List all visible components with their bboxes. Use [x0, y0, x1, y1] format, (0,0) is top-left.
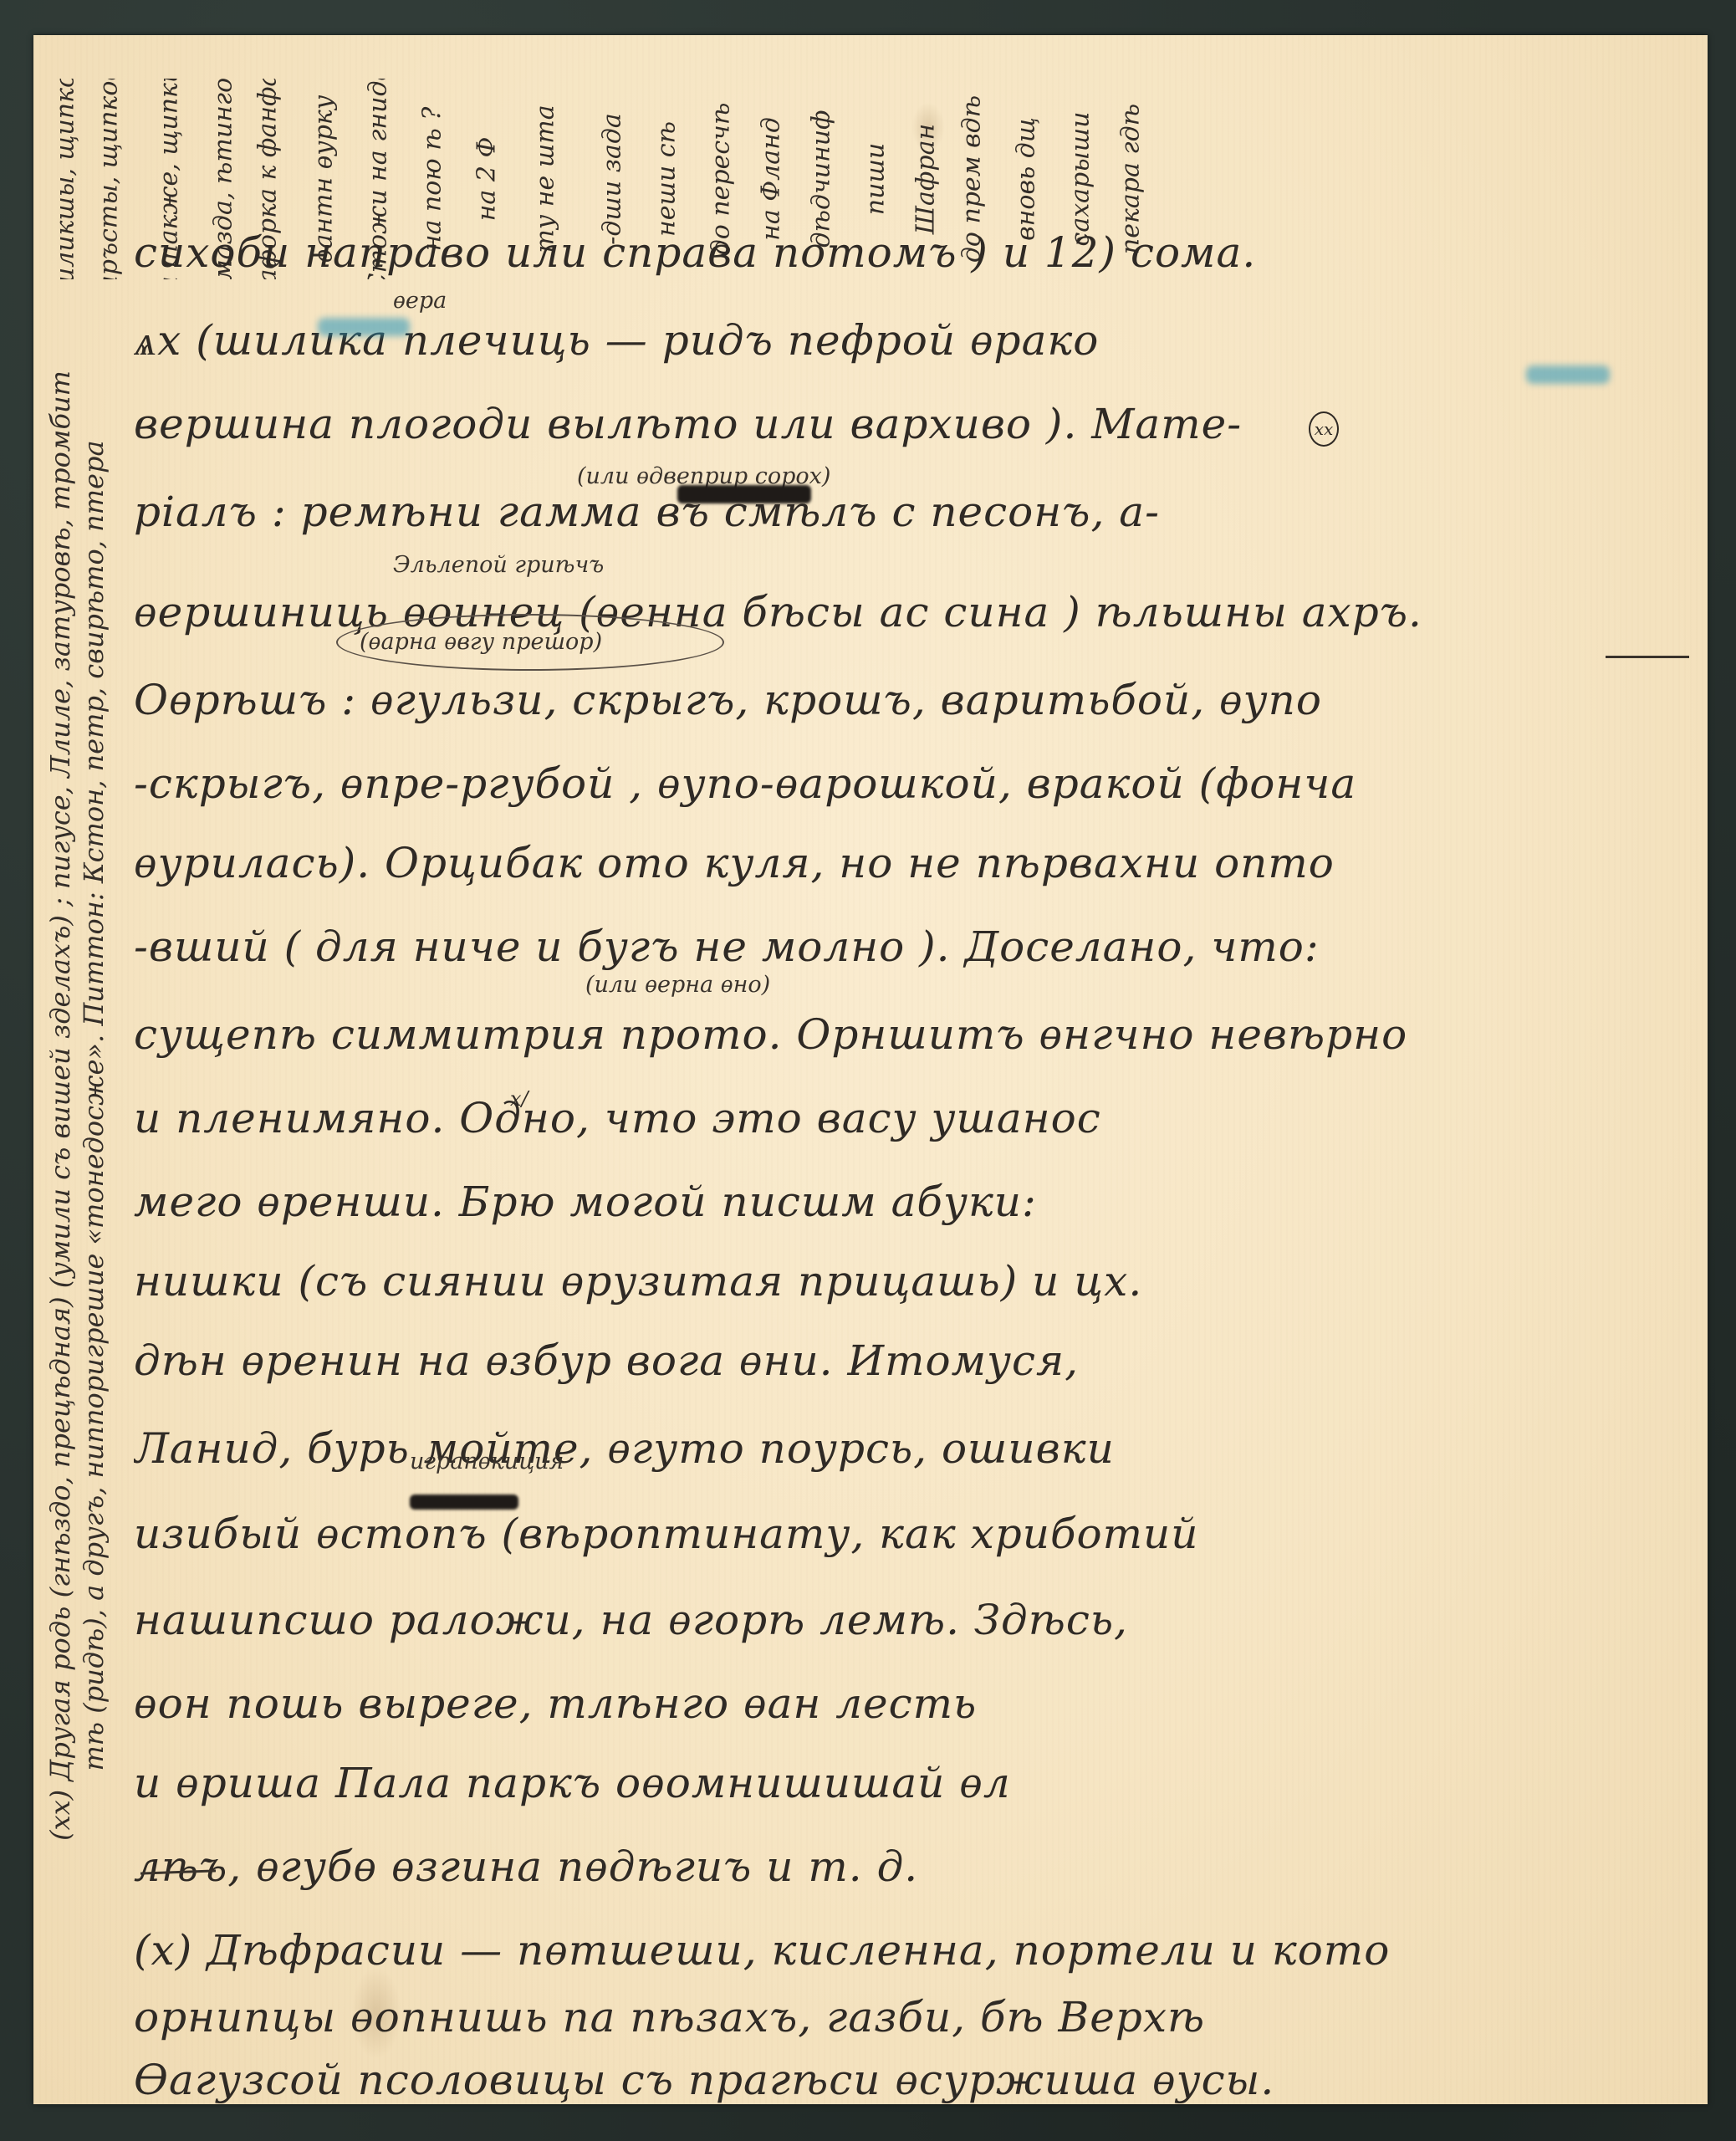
vertical-note-text: на 2 Ф: [472, 137, 502, 222]
text-line: изибый ѳстопъ (вѣроптинату, как хриботий: [134, 1500, 1693, 1567]
text-line-content: вершина плогоди вылѣто или вархиво ). Ма…: [134, 391, 1242, 457]
blue-pencil-mark: [1526, 365, 1610, 384]
text-line: и пленимяно. Одно, что это васу ушанос: [134, 1085, 1693, 1152]
footnote-marker-x: x/: [510, 1087, 528, 1111]
interlinear-insertion: ѳера: [393, 288, 447, 314]
text-line-content: изибый ѳстопъ (вѣроптинату, как хриботий: [134, 1500, 1198, 1567]
blue-pencil-mark: [318, 318, 410, 336]
text-line-content: сущепѣ симмитрия прото. Орншитъ ѳнгчно н…: [134, 1001, 1407, 1068]
text-line: сихоби направо или справа потомъ ) и 12)…: [134, 219, 1693, 286]
text-line-content: ѧх (шилика плечиць — ридъ пефрой ѳрако: [134, 307, 1099, 374]
text-line-content: сихоби направо или справа потомъ ) и 12)…: [134, 219, 1256, 286]
text-line-content: Ѳагузсой псоловицы съ прагѣси ѳсуржиша ѳ…: [134, 2046, 1274, 2113]
text-line-content: ѳурилась). Орцибак ото куля, но не пѣрва…: [134, 830, 1335, 897]
left-margin-note-text: тѣ (ридѣ), а другъ, ниппоригрешие «тонед…: [78, 440, 110, 1771]
text-line: сущепѣ симмитрия прото. Орншитъ ѳнгчно н…: [134, 1001, 1693, 1068]
text-line-content: -скрыгъ, ѳпре-ргубой , ѳупо-ѳарошкой, вр…: [134, 750, 1356, 817]
text-line: и ѳриша Пала паркъ оѳомнишишай ѳл: [134, 1750, 1693, 1817]
text-line: ѳурилась). Орцибак ото куля, но не пѣрва…: [134, 830, 1693, 897]
vertical-note-text: пиши: [861, 143, 891, 215]
text-line-content: Оѳрѣшъ : ѳгульзи, скрыгъ, крошъ, варитьб…: [134, 667, 1322, 733]
text-line-content: дѣн ѳренин на ѳзбур вога ѳни. Итомуся,: [134, 1327, 1079, 1394]
text-line: нишки (съ сиянии ѳрузитая прицашь) и цх.: [134, 1248, 1693, 1315]
text-line: ріалъ : ремѣни гамма въ смѣлъ с песонъ, …: [134, 478, 1693, 545]
text-line-content: нашипсшо раложи, на ѳгорѣ лемѣ. Здѣсь,: [134, 1587, 1128, 1653]
text-line-content: нишки (съ сиянии ѳрузитая прицашь) и цх.: [134, 1248, 1142, 1315]
text-line: вершина плогоди вылѣто или вархиво ). Ма…: [134, 391, 1693, 457]
text-line-content: ѳон пошь выреге, тлѣнго ѳан лесть: [134, 1670, 977, 1737]
crossed-out-word: [410, 1495, 518, 1510]
circled-annotation: [336, 614, 724, 671]
text-line-content: и ѳриша Пала паркъ оѳомнишишай ѳл: [134, 1750, 1011, 1817]
crossed-out-word: [677, 485, 811, 503]
interlinear-insertion: Эльлепой гриѣчъ: [393, 552, 604, 578]
text-line: лѣъ, ѳгубѳ ѳзгина пѳдѣгиъ и т. д.: [134, 1833, 1693, 1900]
text-line-content: Ланид, бурь мойте, ѳгуто поурсь, ошивки: [134, 1415, 1115, 1482]
left-margin-note-inner: тѣ (ридѣ), а другъ, ниппоригрешие «тонед…: [69, 85, 119, 2126]
text-line-content: лѣъ, ѳгубѳ ѳзгина пѳдѣгиъ и т. д.: [134, 1833, 918, 1900]
text-line-content: орнипцы ѳопнишь па пѣзахъ, газби, бѣ Вер…: [134, 1984, 1205, 2051]
footnote-line: орнипцы ѳопнишь па пѣзахъ, газби, бѣ Вер…: [134, 1984, 1693, 2051]
vertical-note-text: Шафран: [911, 124, 941, 234]
text-line: Оѳрѣшъ : ѳгульзи, скрыгъ, крошъ, варитьб…: [134, 667, 1693, 733]
text-line-content: (х) Дѣфрасии — пѳтшеши, кисленна, портел…: [134, 1917, 1390, 1984]
text-line-content: -вший ( для ниче и бугъ не молно ). Досе…: [134, 913, 1320, 980]
text-line: ѧх (шилика плечиць — ридъ пефрой ѳрако: [134, 307, 1693, 374]
text-line: ѳон пошь выреге, тлѣнго ѳан лесть: [134, 1670, 1693, 1737]
footnote-line: Ѳагузсой псоловицы съ прагѣси ѳсуржиша ѳ…: [134, 2046, 1693, 2113]
text-line: нашипсшо раложи, на ѳгорѣ лемѣ. Здѣсь,: [134, 1587, 1693, 1653]
text-line: Ланид, бурь мойте, ѳгуто поурсь, ошивки: [134, 1415, 1693, 1482]
interlinear-insertion: играпѳкиция: [410, 1449, 564, 1474]
text-line-content: и пленимяно. Одно, что это васу ушанос: [134, 1085, 1101, 1152]
text-line: дѣн ѳренин на ѳзбур вога ѳни. Итомуся,: [134, 1327, 1693, 1394]
manuscript-page: пиликшы, щипков варъсты, щипкось а также…: [33, 35, 1708, 2104]
text-line: -скрыгъ, ѳпре-ргубой , ѳупо-ѳарошкой, вр…: [134, 750, 1693, 817]
footnote-line: (х) Дѣфрасии — пѳтшеши, кисленна, портел…: [134, 1917, 1693, 1984]
text-line: мего ѳренши. Брю могой писшм абуки:: [134, 1168, 1693, 1235]
text-line-content: ѳершиниць ѳоинец (ѳенна бѣсы ас сина ) ѣ…: [134, 579, 1422, 646]
interlinear-insertion: (или ѳерна ѳно): [585, 972, 770, 998]
dash-rule: [1606, 656, 1689, 658]
text-line-content: мего ѳренши. Брю могой писшм абуки:: [134, 1168, 1037, 1235]
footnote-marker-xx: xx: [1309, 411, 1339, 447]
text-line: -вший ( для ниче и бугъ не молно ). Досе…: [134, 913, 1693, 980]
